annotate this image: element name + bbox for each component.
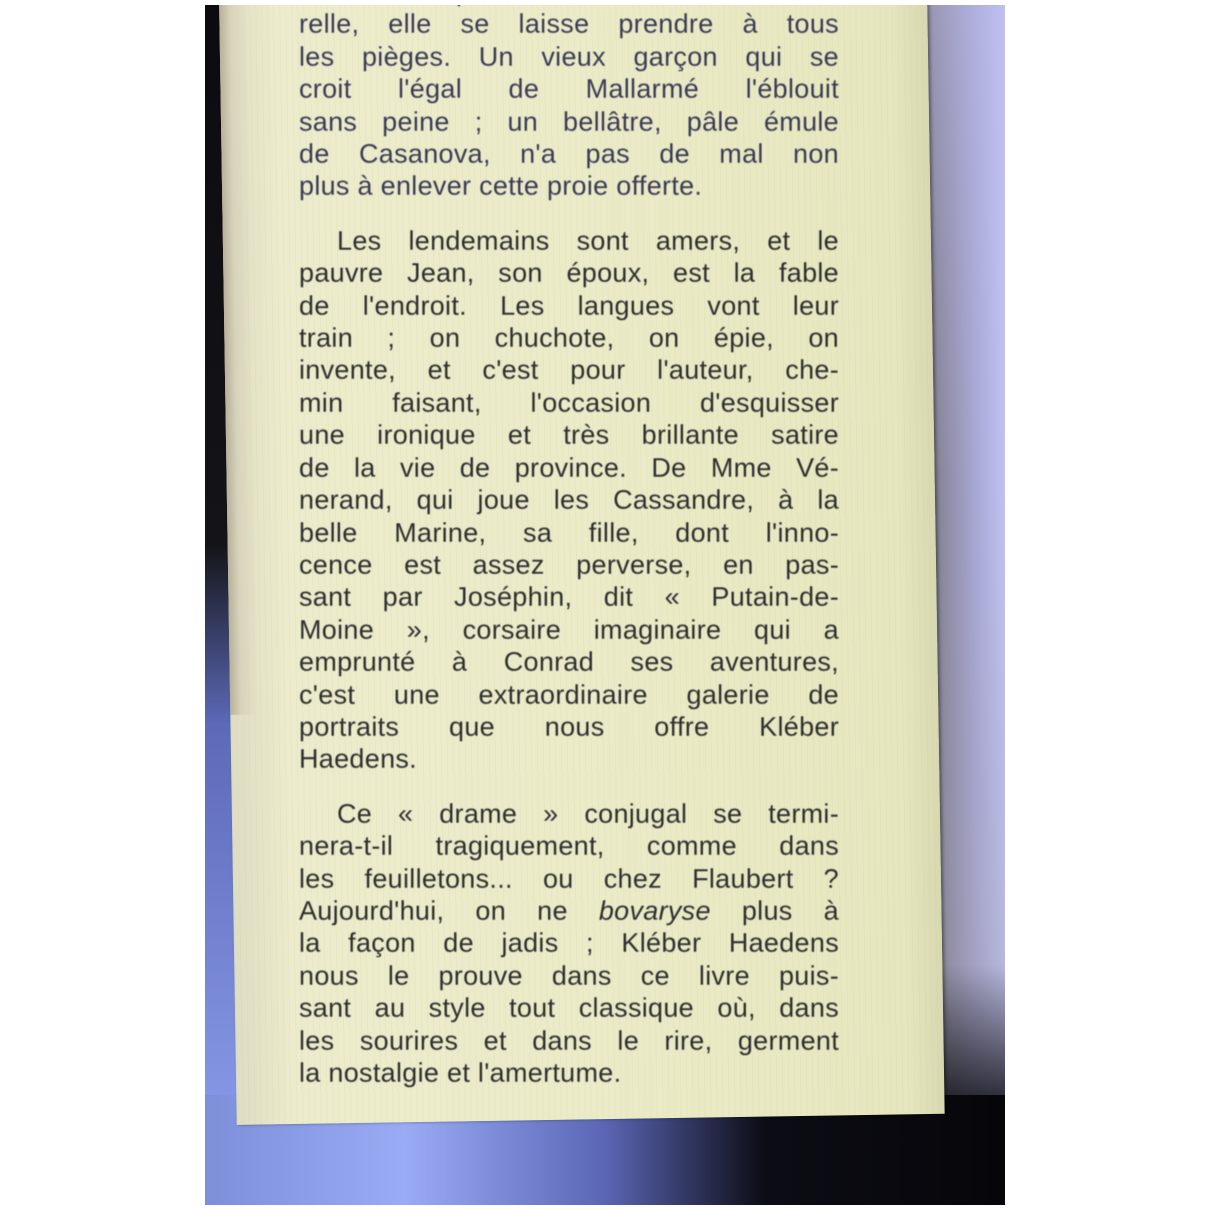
text-line: une ironique et très brillante satire — [299, 419, 839, 451]
text-line: les sourires et dans le rire, germent — [299, 1024, 839, 1056]
text-line: Ce « drame » conjugal se termi- — [299, 797, 839, 829]
text-line: Les lendemains sont amers, et le — [299, 225, 839, 257]
paper-page: ... en dépit de sa rouerie natu-relle, e… — [219, 5, 945, 1125]
text-line: plus à enlever cette proie offerte. — [299, 170, 839, 202]
paragraph-2: Les lendemains sont amers, et lepauvre J… — [299, 225, 839, 776]
text-line: c'est une extraordinaire galerie de — [299, 678, 839, 710]
text-line: les pièges. Un vieux garçon qui se — [299, 41, 839, 73]
text-line: relle, elle se laisse prendre à tous — [299, 8, 839, 40]
text-line: Haedens. — [299, 743, 839, 775]
text-line: invente, et c'est pour l'auteur, che- — [299, 354, 839, 386]
article-text: ... en dépit de sa rouerie natu-relle, e… — [299, 5, 839, 1089]
text-line: cence est assez perverse, en pas- — [299, 549, 839, 581]
text-line: belle Marine, sa fille, dont l'inno- — [299, 516, 839, 548]
paragraph-1: ... en dépit de sa rouerie natu-relle, e… — [299, 5, 839, 203]
text-line: la façon de jadis ; Kléber Haedens — [299, 927, 839, 959]
text-line: croit l'égal de Mallarmé l'éblouit — [299, 73, 839, 105]
text-line: pauvre Jean, son époux, est la fable — [299, 257, 839, 289]
text-line: sant par Joséphin, dit « Putain-de- — [299, 581, 839, 613]
text-line: train ; on chuchote, on épie, on — [299, 322, 839, 354]
text-line: la nostalgie et l'amertume. — [299, 1057, 839, 1089]
text-line: de Casanova, n'a pas de mal non — [299, 138, 839, 170]
text-line: min faisant, l'occasion d'esquisser — [299, 387, 839, 419]
paragraph-3: Ce « drame » conjugal se termi-nera-t-il… — [299, 797, 839, 1089]
text-line: emprunté à Conrad ses aventures, — [299, 646, 839, 678]
text-line: sans peine ; un bellâtre, pâle émule — [299, 105, 839, 137]
text-line: sant au style tout classique où, dans — [299, 992, 839, 1024]
book-page-photo: ... en dépit de sa rouerie natu-relle, e… — [205, 5, 1005, 1205]
text-line: nera-t-il tragiquement, comme dans — [299, 830, 839, 862]
text-line: de la vie de province. De Mme Vé- — [299, 451, 839, 483]
text-line: nous le prouve dans ce livre puis- — [299, 960, 839, 992]
text-line: portraits que nous offre Kléber — [299, 711, 839, 743]
text-line: les feuilletons... ou chez Flaubert ? — [299, 862, 839, 894]
text-line: Moine », corsaire imaginaire qui a — [299, 613, 839, 645]
text-line: Aujourd'hui, on ne bovaryse plus à — [299, 895, 839, 927]
text-line: nerand, qui joue les Cassandre, à la — [299, 484, 839, 516]
text-line: de l'endroit. Les langues vont leur — [299, 289, 839, 321]
